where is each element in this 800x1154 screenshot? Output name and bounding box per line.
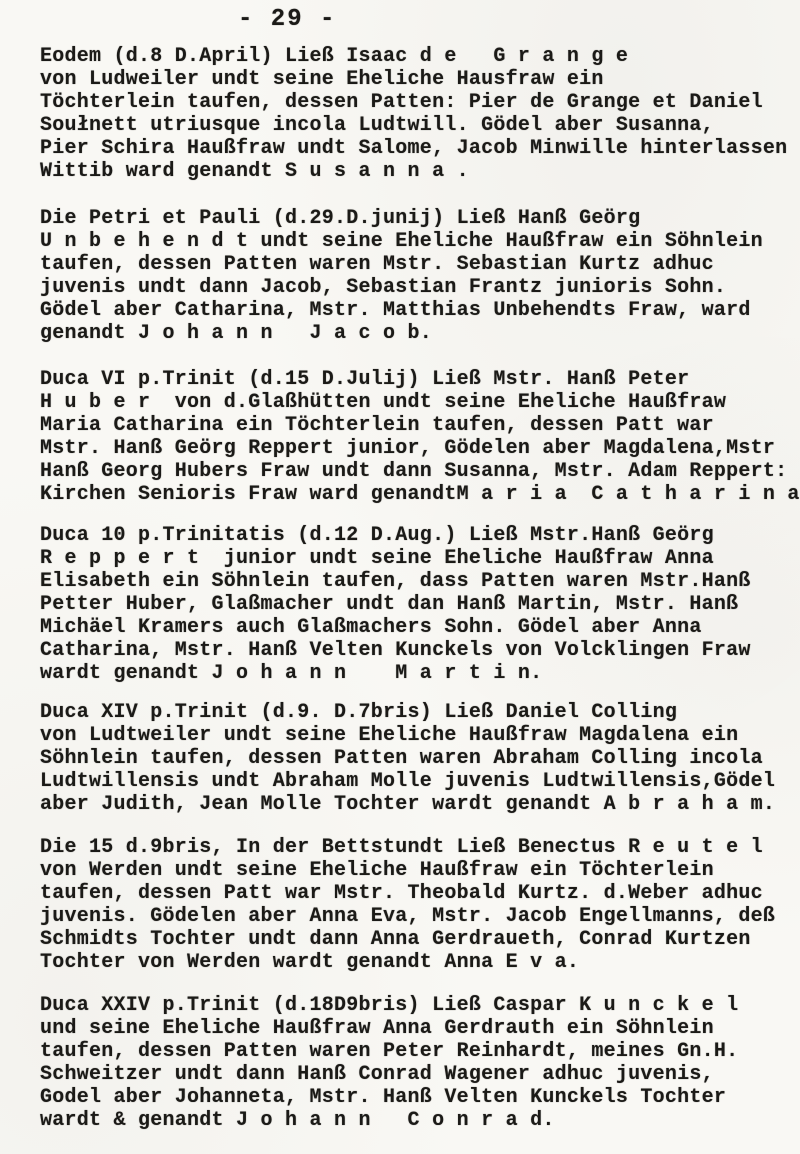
baptism-entry-reutel: Die 15 d.9bris, In der Bettstundt Ließ B… [40,836,775,974]
baptism-entry-reppert: Duca 10 p.Trinitatis (d.12 D.Aug.) Ließ … [40,524,751,685]
baptism-entry-grange: Eodem (d.8 D.April) Ließ Isaac d e G r a… [40,45,787,183]
baptism-entry-unbehendt: Die Petri et Pauli (d.29.D.junij) Ließ H… [40,207,763,345]
baptism-entry-kunckel: Duca XXIV p.Trinit (d.18D9bris) Ließ Cas… [40,994,738,1132]
scanned-register-page: - 29 - Eodem (d.8 D.April) Ließ Isaac d … [0,0,800,1154]
baptism-entry-colling: Duca XIV p.Trinit (d.9. D.7bris) Ließ Da… [40,701,775,816]
baptism-entry-huber: Duca VI p.Trinit (d.15 D.Julij) Ließ Mst… [40,368,800,506]
page-number: - 29 - [238,6,336,33]
